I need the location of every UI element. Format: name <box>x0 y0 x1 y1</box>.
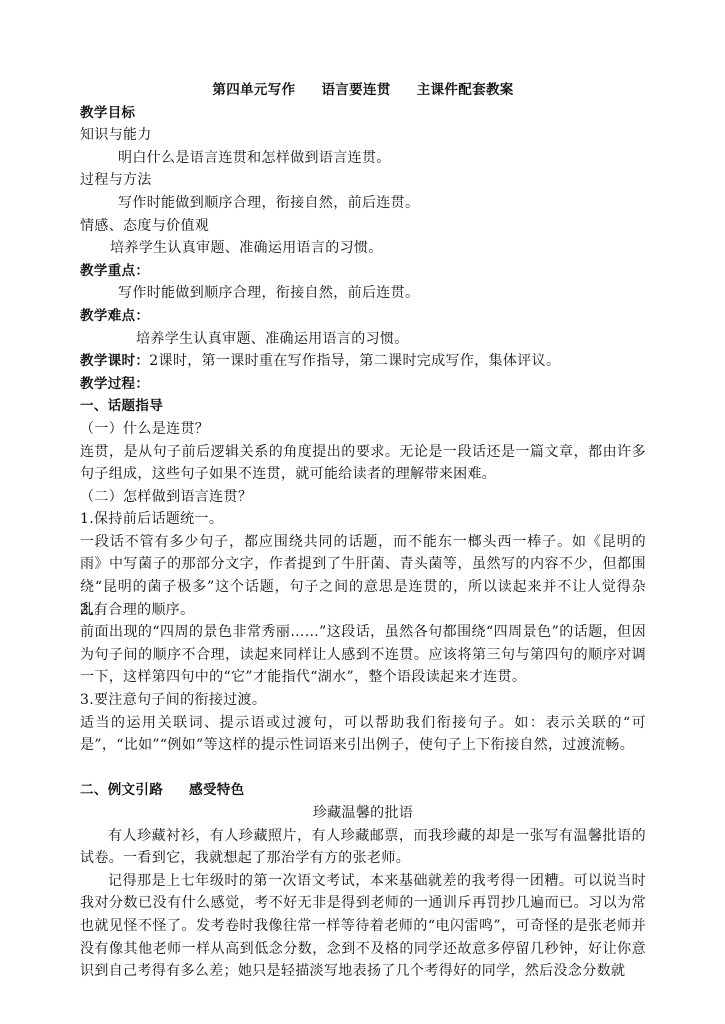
title-part-type: 主课件配套教案 <box>417 79 514 102</box>
class-hours-heading: 教学课时： <box>80 353 149 369</box>
essay-paragraph-1: 有人珍藏衬衫，有人珍藏照片，有人珍藏邮票，而我珍藏的却是一张写有温馨批语的试卷。… <box>80 825 646 870</box>
title-part-unit: 第四单元写作 <box>212 79 295 102</box>
essay-paragraph-2: 记得那是上七年级时的第一次语文考试，本来基础就差的我考得一团糟。可以说当时我对分… <box>80 870 646 983</box>
key-point-heading: 教学重点： <box>80 260 646 283</box>
title-part-topic: 语言要连贯 <box>321 79 390 102</box>
objectives-heading: 教学目标 <box>80 102 646 125</box>
point3-heading: 3.要注意句子间的衔接过渡。 <box>80 689 646 712</box>
point2-heading: 2.有合理的顺序。 <box>80 599 646 622</box>
class-hours: 教学课时：2课时，第一课时重在写作指导，第二课时完成写作，集体评议。 <box>80 350 646 373</box>
process-heading: 教学过程： <box>80 373 646 396</box>
emotion-label: 情感、态度与价值观 <box>80 215 646 238</box>
section1-sub1-text: 连贯，是从句子前后逻辑关系的角度提出的要求。无论是一段话还是一篇文章，都由许多句… <box>80 441 646 486</box>
knowledge-text: 明白什么是语言连贯和怎样做到语言连贯。 <box>80 147 646 170</box>
point1-heading: 1.保持前后话题统一。 <box>80 508 646 531</box>
difficulty-text: 培养学生认真审题、准确运用语言的习惯。 <box>80 328 646 351</box>
point1-text: 一段话不管有多少句子，都应围绕共同的话题，而不能东一榔头西一棒子。如《昆明的雨》… <box>80 531 646 599</box>
section2-heading-part2: 感受特色 <box>189 782 244 798</box>
section1-sub1-heading: （一）什么是连贯？ <box>80 418 646 441</box>
class-hours-text: 2课时，第一课时重在写作指导，第二课时完成写作，集体评议。 <box>149 353 560 369</box>
point3-text: 适当的运用关联词、提示语或过渡句，可以帮助我们衔接句子。如：表示关联的“可是”，… <box>80 712 646 780</box>
difficulty-heading: 教学难点： <box>80 305 646 328</box>
section1-sub2-heading: （二）怎样做到语言连贯？ <box>80 486 646 509</box>
key-point-text: 写作时能做到顺序合理，衔接自然，前后连贯。 <box>80 282 646 305</box>
process-text: 写作时能做到顺序合理，衔接自然，前后连贯。 <box>80 192 646 215</box>
document-title: 第四单元写作语言要连贯主课件配套教案 <box>80 79 646 102</box>
knowledge-label: 知识与能力 <box>80 124 646 147</box>
emotion-text: 培养学生认真审题、准确运用语言的习惯。 <box>80 237 646 260</box>
section2-heading-part1: 二、例文引路 <box>80 782 163 798</box>
section2-heading: 二、例文引路感受特色 <box>80 779 646 802</box>
point2-text: 前面出现的“四周的景色非常秀丽……”这段话，虽然各句都围绕“四周景色”的话题，但… <box>80 621 646 689</box>
essay-title: 珍藏温馨的批语 <box>80 802 646 825</box>
section1-heading: 一、话题指导 <box>80 395 646 418</box>
document-page: 第四单元写作语言要连贯主课件配套教案 教学目标 知识与能力 明白什么是语言连贯和… <box>80 79 646 983</box>
process-label: 过程与方法 <box>80 169 646 192</box>
